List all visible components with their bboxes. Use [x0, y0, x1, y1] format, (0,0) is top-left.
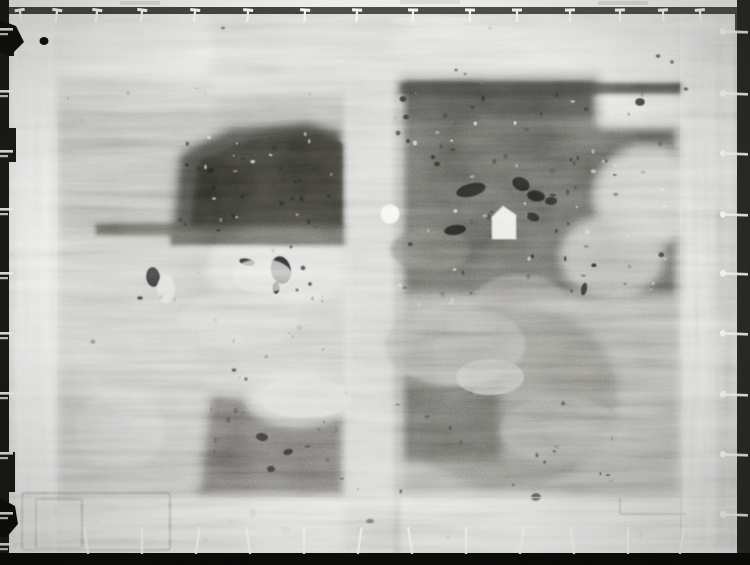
xray-image-canvas — [0, 0, 750, 565]
xray-painting-image — [0, 0, 750, 565]
vignette-overlay — [0, 0, 750, 565]
